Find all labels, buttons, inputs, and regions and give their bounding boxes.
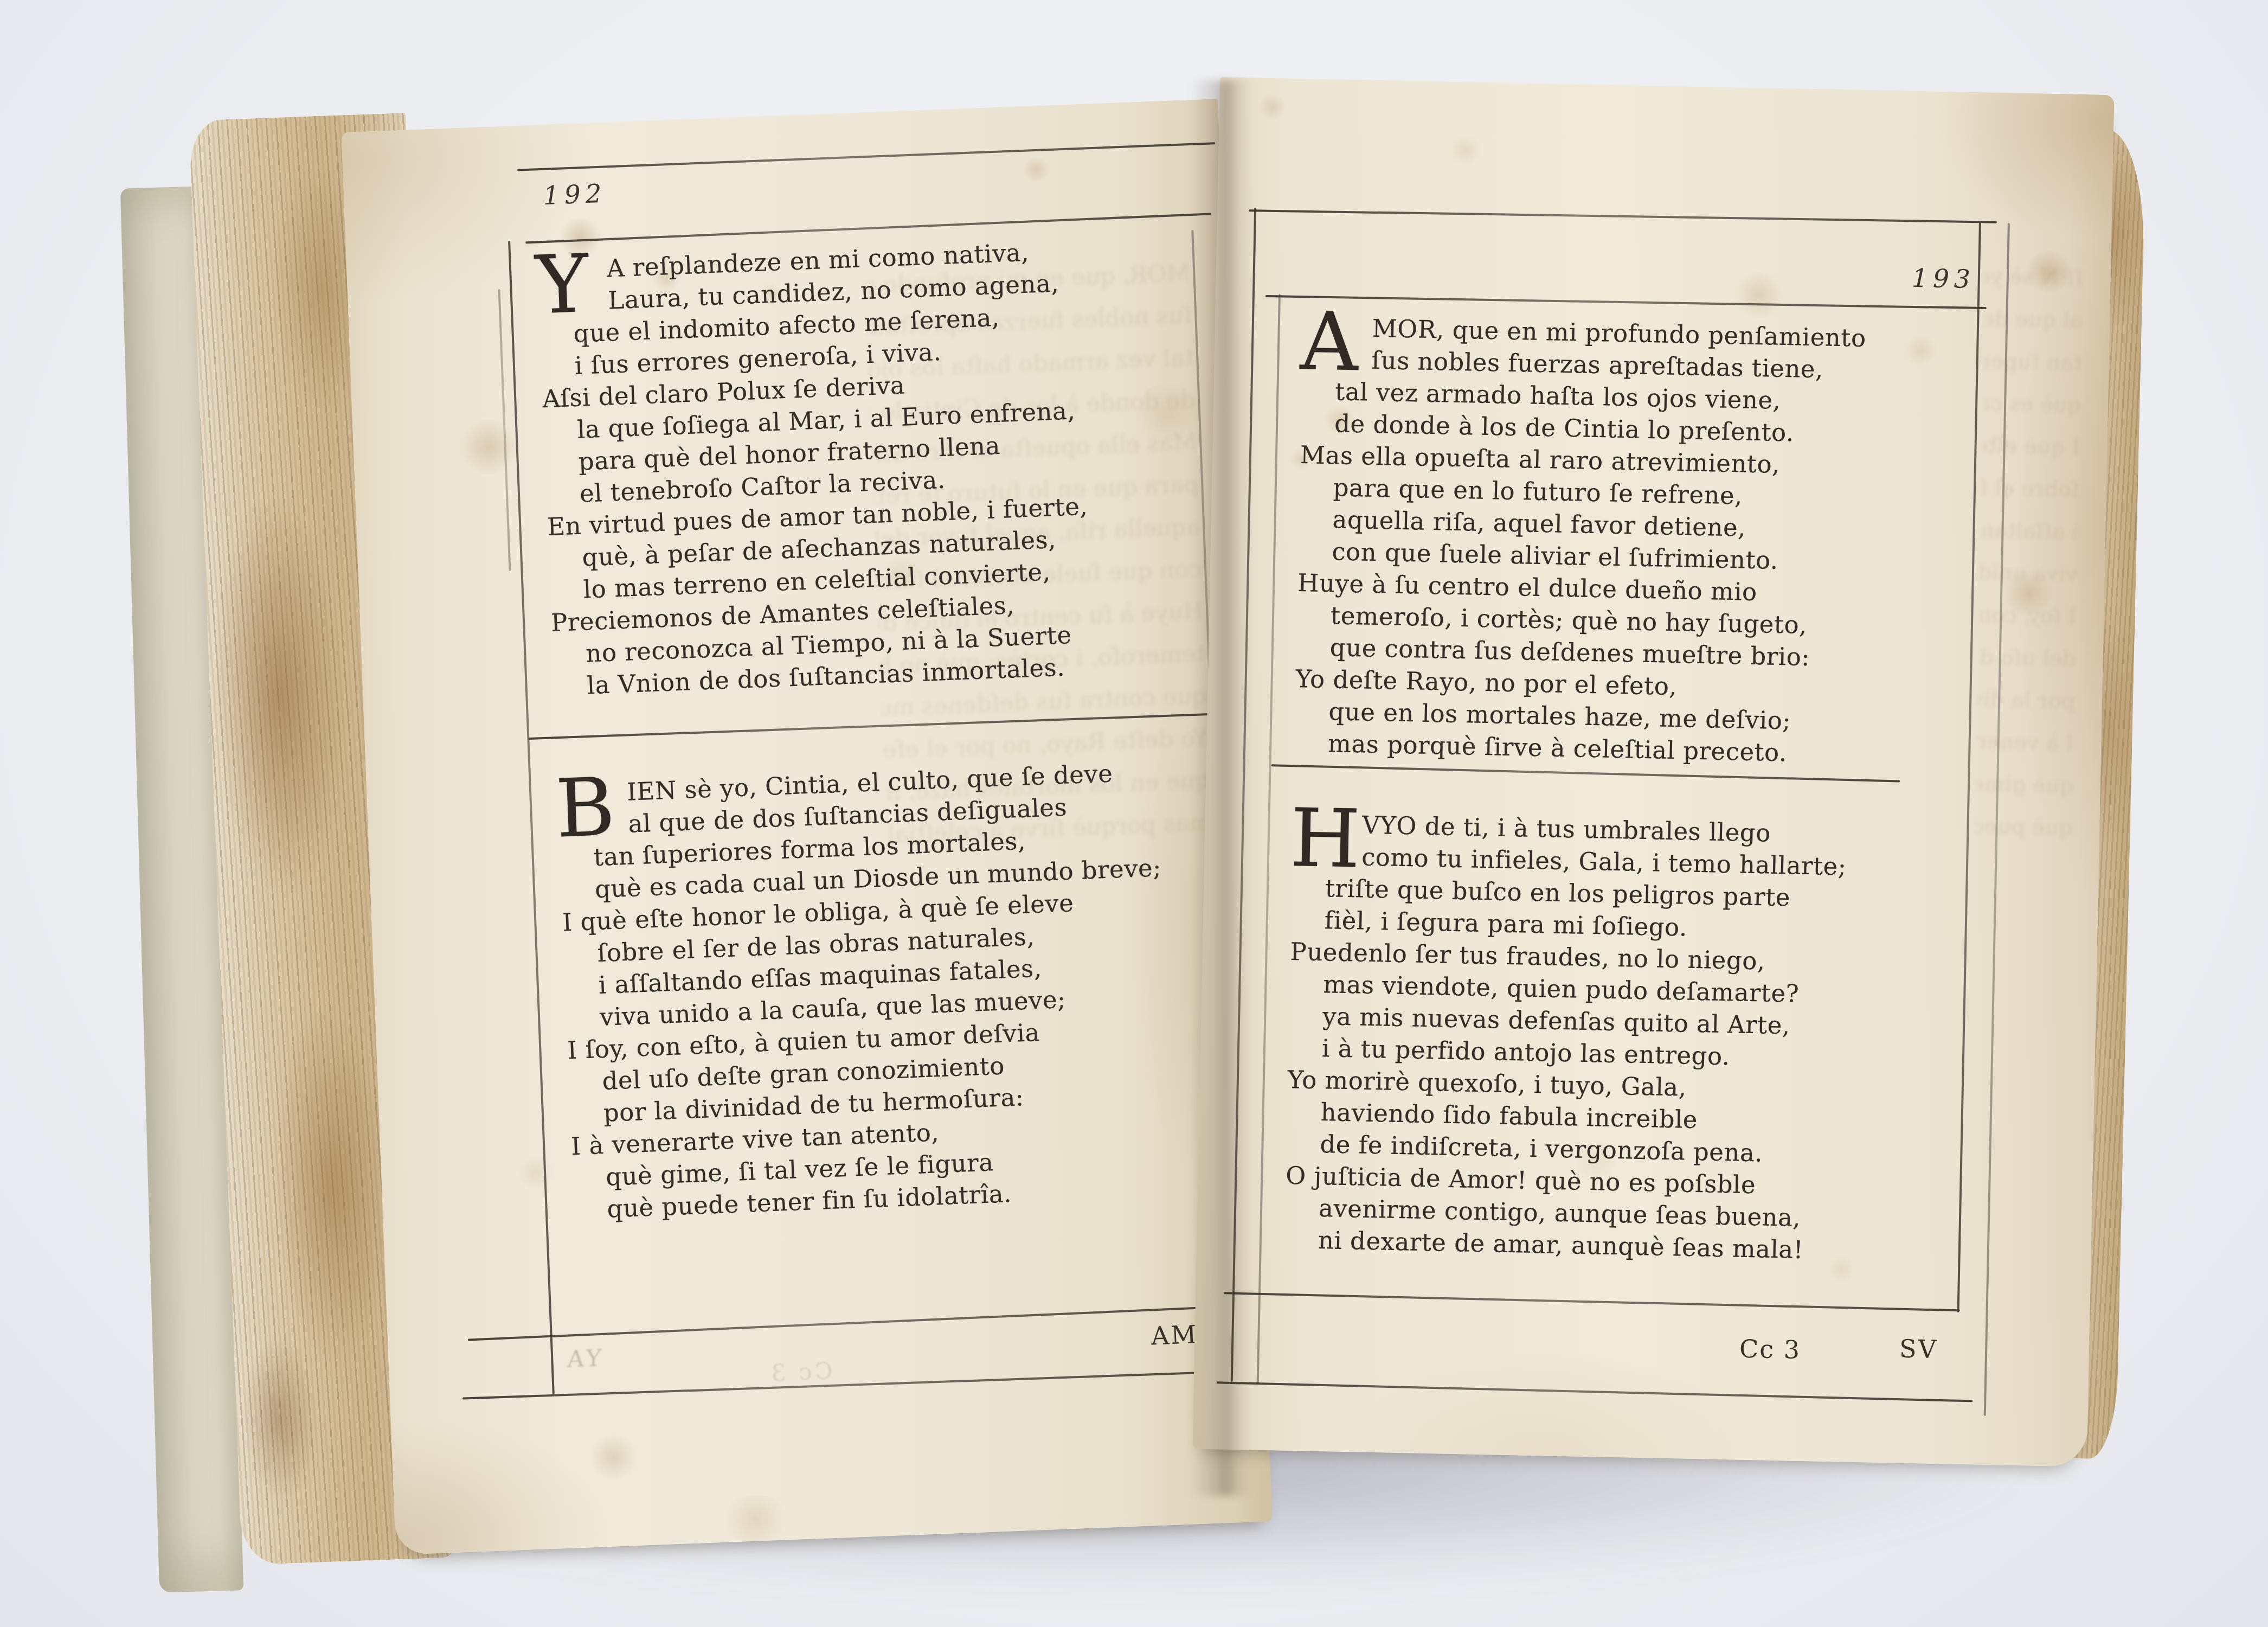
show-through-line: i aſſaltando eſſas maquinas fatales, xyxy=(1981,509,2079,553)
book-photograph: MOR, que en mi profundo penſamientoſus n… xyxy=(0,0,2268,1627)
page-number: 192 xyxy=(543,178,607,210)
sonnet-192-1: YA reſplandeze en mi como nativa,Laura, … xyxy=(537,230,1210,703)
fox-stain xyxy=(455,419,523,476)
fox-stain xyxy=(2001,570,2056,617)
show-through-line: què es cada cual un Diosde un mundo brev… xyxy=(1983,382,2081,426)
show-through-line: por la divinidad de tu hermoſura: xyxy=(1977,678,2076,722)
show-through-mark: AY xyxy=(567,1344,605,1373)
printed-rule xyxy=(1265,295,1987,309)
show-through-mark: Cc 3 xyxy=(768,1357,833,1387)
printed-rule xyxy=(528,713,1217,740)
printed-rule xyxy=(1257,294,1281,1384)
book-page-left: MOR, que en mi profundo penſamientoſus n… xyxy=(341,99,1273,1555)
show-through-line: del uſo deſte gran conozimiento xyxy=(1978,636,2077,680)
gutter-shadow xyxy=(1191,80,1254,1496)
fox-stain xyxy=(1257,94,1288,119)
show-through-line: què gime, ſi tal vez ſe le figura xyxy=(1975,763,2074,807)
signature-mark: Cc 3 xyxy=(1739,1334,1801,1365)
show-through-line: I à venerarte vive tan atento, xyxy=(1976,720,2075,765)
drop-cap-letter: A xyxy=(1300,301,1359,382)
fox-stain xyxy=(1730,272,1788,318)
fox-stain xyxy=(1446,136,1485,164)
sonnet-193-2: HVYO de ti, i à tus umbrales llegocomo t… xyxy=(1284,808,1954,1269)
show-through-line: tan ſuperiores forma los mortales, xyxy=(1984,340,2083,384)
printed-rule xyxy=(1217,1381,1973,1402)
drop-cap-letter: H xyxy=(1289,798,1361,880)
show-through-line: I ſoy, con eſto, à quien tu amor deſvia xyxy=(1979,593,2078,638)
fox-stain xyxy=(516,1155,555,1189)
fox-stain xyxy=(719,1494,791,1545)
show-through-text: IEN sè yo, Cintia, el culto, que ſe deve… xyxy=(1966,255,2084,1287)
drop-cap-letter: B xyxy=(555,767,617,849)
fox-stain xyxy=(1020,157,1052,182)
book-page-right: IEN sè yo, Cintia, el culto, que ſe deve… xyxy=(1192,77,2114,1467)
printed-rule xyxy=(517,142,1215,171)
printed-rule xyxy=(462,1370,1255,1400)
show-through-line: I què eſte honor le obliga, à què ſe ele… xyxy=(1982,424,2081,469)
drop-cap-letter: Y xyxy=(534,244,590,326)
show-through-line: ſobre el ſer de las obras naturales, xyxy=(1981,466,2080,511)
printed-rule xyxy=(1249,209,1997,223)
page-number: 193 xyxy=(1828,262,1975,294)
printed-rule xyxy=(1224,1292,1960,1311)
show-through-line: què puede tener fin ſu idolatrîa. xyxy=(1975,805,2073,849)
show-through-line: IEN sè yo, Cintia, el culto, que ſe deve xyxy=(1986,255,2084,299)
printed-rule xyxy=(1984,223,2010,1416)
sonnet-192-2: BIEN sè yo, Cintia, el culto, que ſe dev… xyxy=(557,753,1230,1226)
sonnet-193-1: AMOR, que en mi profundo penſamientoſus … xyxy=(1294,311,1964,772)
show-through-line: al que de dos ſuſtancias deſiguales xyxy=(1985,297,2084,342)
show-through-line: viva unido a la cauſa, que las mueve; xyxy=(1980,551,2078,595)
catchword: SV xyxy=(1899,1334,1938,1364)
fox-stain xyxy=(2023,251,2074,293)
printed-rule xyxy=(498,289,511,571)
fox-stain xyxy=(587,1434,640,1480)
